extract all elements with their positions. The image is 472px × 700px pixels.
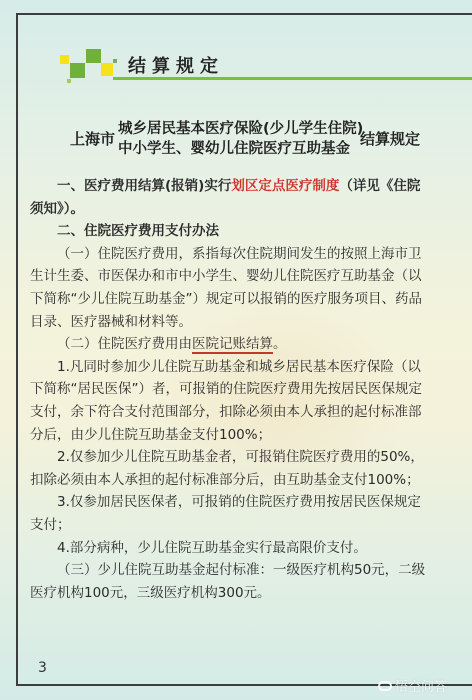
paragraph-9: （三）少儿住院互助基金起付标准：一级医疗机构50元，二级医疗机构100元，三级医… — [30, 559, 430, 604]
title-city: 上海市 — [70, 128, 115, 149]
p4-prefix: （二）住院医疗费用由 — [57, 336, 192, 352]
paragraph-6: 2.仅参加少儿住院互助基金者，可报销住院医疗费用的50%，扣除必须由本人承担的起… — [30, 446, 430, 491]
paragraph-5: 1.凡同时参加少儿住院互助基金和城乡居民基本医疗保险（以下简称“居民医保”）者，… — [30, 356, 430, 446]
title-line-2: 中小学生、婴幼儿住院医疗互助基金 — [118, 139, 363, 159]
p1-highlight: 划区定点医疗制度 — [231, 178, 339, 194]
paragraph-3: （一）住院医疗费用，系指每次住院期间发生的按照上海市卫生计生委、市医保办和市中小… — [30, 243, 430, 333]
document-body: 一、医疗费用结算(报销)实行划区定点医疗制度（详见《住院须知》）。 二、住院医疗… — [30, 175, 430, 604]
section-title: 结算规定 — [128, 52, 224, 78]
paragraph-2: 二、住院医疗费用支付办法 — [30, 220, 430, 243]
wukong-logo-icon — [378, 681, 392, 691]
paragraph-8: 4.部分病种，少儿住院互助基金实行最高限价支付。 — [30, 537, 430, 560]
p1-prefix: 一、医疗费用结算(报销)实行 — [57, 178, 231, 194]
p4-underlined: 医院记账结算 — [192, 336, 273, 354]
title-suffix: 结算规定 — [360, 128, 420, 149]
title-middle: 城乡居民基本医疗保险(少儿学生住院) 中小学生、婴幼儿住院医疗互助基金 — [118, 119, 363, 159]
page-number: 3 — [38, 660, 47, 676]
p4-suffix: 。 — [273, 336, 287, 352]
paragraph-4: （二）住院医疗费用由医院记账结算。 — [30, 333, 430, 356]
title-line-1: 城乡居民基本医疗保险(少儿学生住院) — [118, 119, 363, 139]
watermark: 悟空问答 — [378, 676, 447, 695]
paragraph-1: 一、医疗费用结算(报销)实行划区定点医疗制度（详见《住院须知》）。 — [30, 175, 430, 220]
paragraph-7: 3.仅参加居民医保者，可报销的住院医疗费用按居民医保规定支付； — [30, 491, 430, 536]
watermark-text: 悟空问答 — [395, 676, 447, 695]
